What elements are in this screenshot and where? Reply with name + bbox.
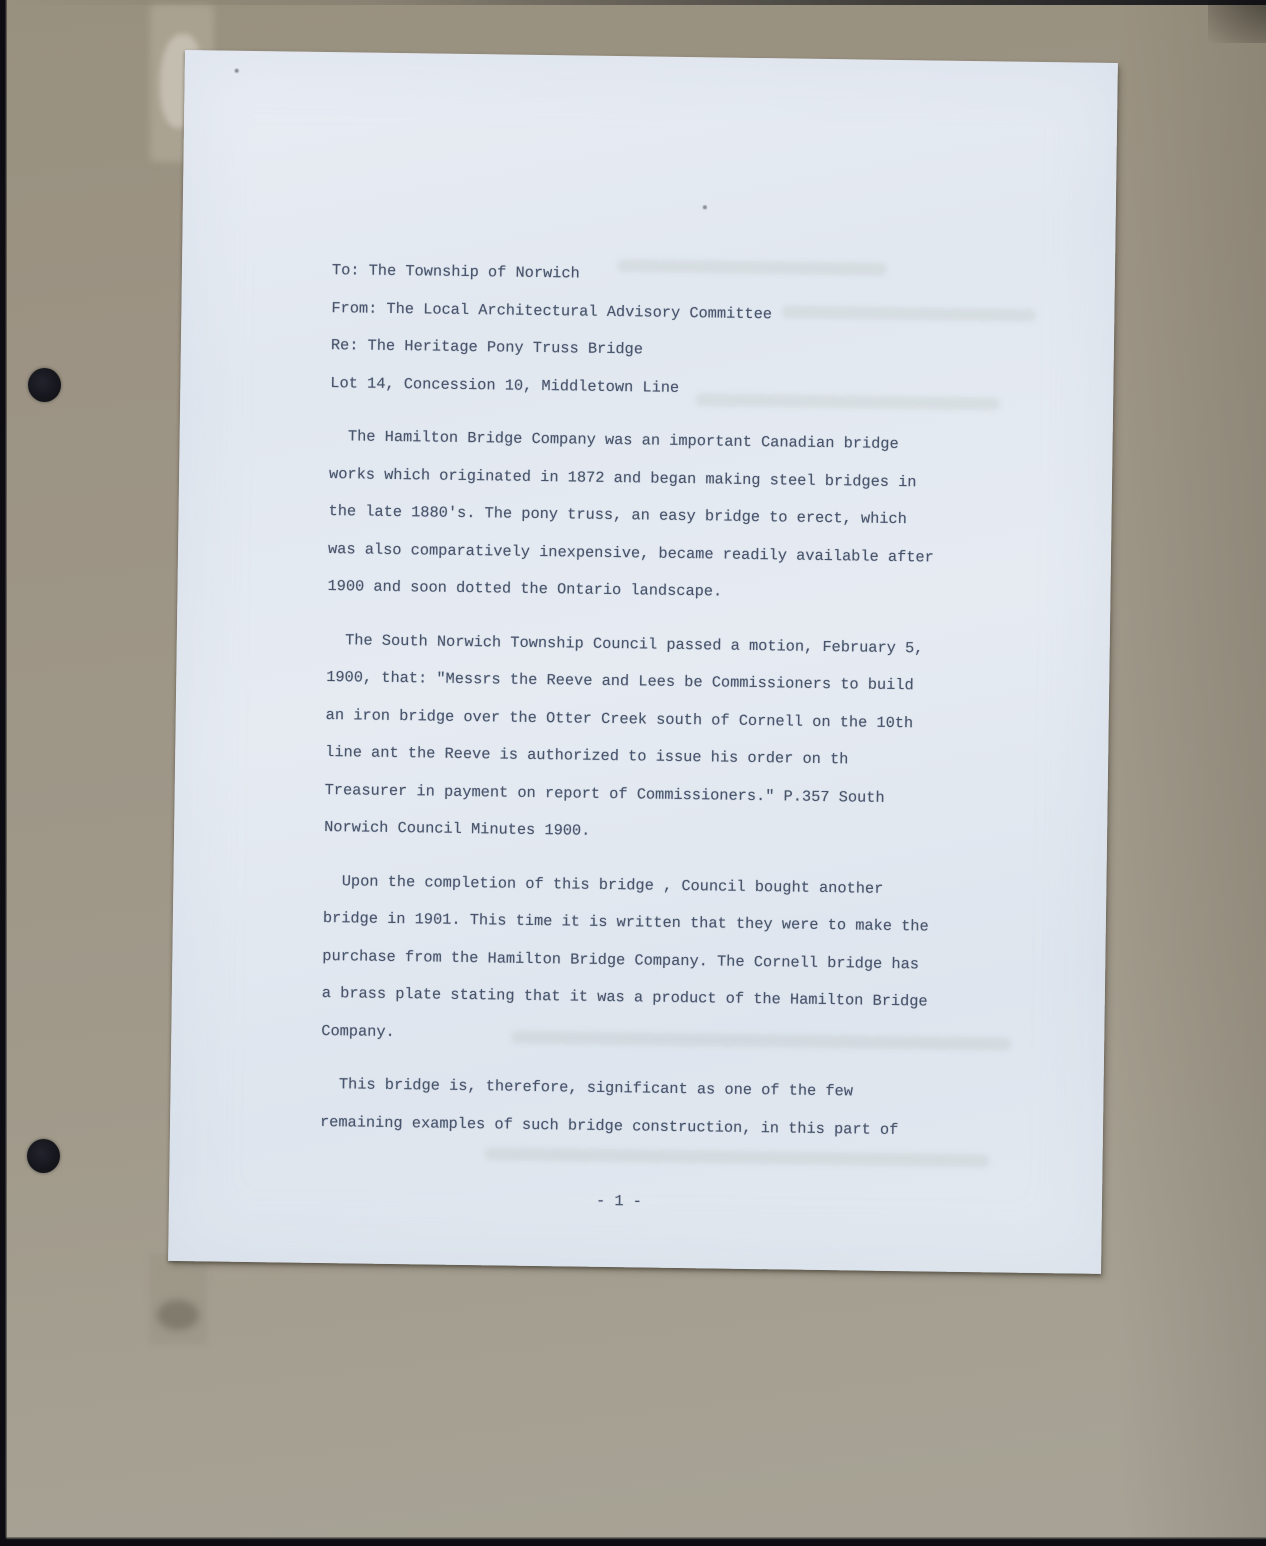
paper-speck	[235, 69, 239, 73]
punch-hole-top	[28, 368, 61, 402]
paper-speck	[703, 205, 707, 209]
board-corner-shadow	[1208, 0, 1266, 43]
punch-hole-bottom	[27, 1139, 60, 1173]
scanned-album-page: To: The Township of Norwich From: The Lo…	[0, 0, 1266, 1546]
paragraph-3: Upon the completion of this bridge , Cou…	[321, 863, 964, 1059]
tape-mark-bottom	[149, 1254, 207, 1344]
scan-edge-left	[0, 0, 7, 1546]
scan-edge-bottom	[0, 1537, 1266, 1546]
page-number: - 1 -	[319, 1179, 919, 1225]
paragraph-line: remaining examples of such bridge constr…	[320, 1103, 960, 1149]
typewritten-text-block: To: The Township of Norwich From: The Lo…	[319, 252, 972, 1225]
board-right-shadow	[1116, 0, 1266, 1546]
tape-mark-bottom-smudge	[157, 1300, 199, 1330]
paragraph-4: This bridge is, therefore, significant a…	[320, 1066, 961, 1150]
typed-memo-sheet: To: The Township of Norwich From: The Lo…	[168, 50, 1118, 1274]
memo-lot-line: Lot 14, Concession 10, Middletown Line	[330, 365, 970, 411]
paragraph-1: The Hamilton Bridge Company was an impor…	[327, 418, 970, 614]
paragraph-2: The South Norwich Township Council passe…	[324, 622, 967, 856]
scan-edge-top	[0, 0, 1266, 5]
memo-header: To: The Township of Norwich From: The Lo…	[330, 252, 972, 411]
